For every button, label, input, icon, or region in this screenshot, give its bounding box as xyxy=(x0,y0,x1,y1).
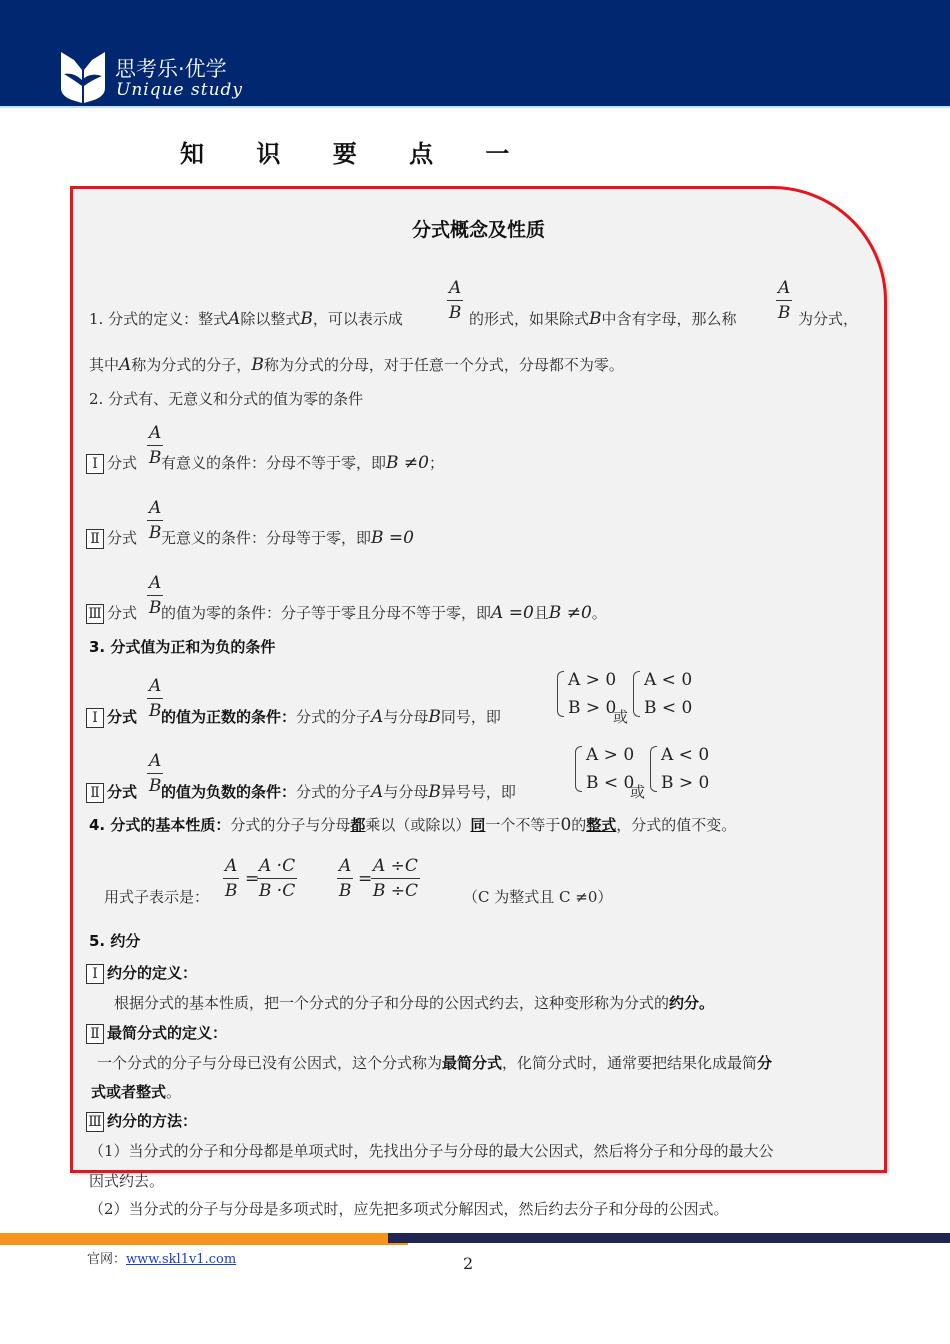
denominator: B ÷C xyxy=(373,879,418,901)
numerator: A xyxy=(147,676,163,699)
numerator: A xyxy=(447,278,463,301)
text: 与分母 xyxy=(383,708,428,726)
item5-heading: 5. 约分 xyxy=(89,931,140,951)
numerator: A xyxy=(223,856,239,879)
math-A: A xyxy=(119,355,131,375)
text: 分式 xyxy=(107,708,137,726)
math-expression: B ≠0 xyxy=(549,603,592,623)
case-line: A < 0 xyxy=(661,741,709,769)
underlined-text: 整式 xyxy=(586,816,616,834)
math-A: A xyxy=(371,707,383,727)
or-text: 或 xyxy=(630,782,645,802)
text: 根据分式的基本性质，把一个分式的分子和分母的公因式约去，这种变形称为分式的 xyxy=(114,994,669,1012)
text: 一个不等于 xyxy=(485,816,560,834)
text: 分式的分子 xyxy=(296,708,371,726)
text: 称为分式的分子， xyxy=(131,356,251,374)
method-1-line-1: （1）当分式的分子和分母都是单项式时，先找出分子与分母的最大公因式，然后将分子和… xyxy=(89,1141,774,1161)
item5-sub2-text: 一个分式的分子与分母已没有公因式，这个分式称为最简分式，化简分式时，通常要把结果… xyxy=(97,1053,772,1073)
numerator: A xyxy=(147,498,163,521)
text: 乘以（或除以） xyxy=(365,816,470,834)
math-zero: 0 xyxy=(560,815,571,835)
text: 约分。 xyxy=(669,994,714,1012)
text: 约分的方法： xyxy=(107,1112,197,1130)
math-expression: B ≠0 xyxy=(386,453,429,473)
logo-chinese-name: 思考乐·优学 xyxy=(115,53,227,83)
page-header: 思考乐·优学 Unique study xyxy=(0,0,950,108)
text: 分式 xyxy=(107,529,137,547)
text: 的 xyxy=(571,816,586,834)
item4-statement: 4. 分式的基本性质：分式的分子与分母都乘以（或除以）同一个不等于0的整式，分式… xyxy=(89,815,736,835)
item2-heading: 2. 分式有、无意义和分式的值为零的条件 xyxy=(89,389,363,409)
footer-bar-navy xyxy=(388,1233,950,1243)
or-text: 或 xyxy=(613,707,628,727)
text: 的形式，如果除式 xyxy=(469,310,589,328)
text: 分式 xyxy=(107,604,137,622)
numerator: A ÷C xyxy=(371,856,420,879)
brace-icon xyxy=(557,671,564,717)
roman-numeral-badge: Ⅰ xyxy=(86,454,104,474)
math-B: B xyxy=(251,355,264,375)
knowledge-box: 分式概念及性质 1. 分式的定义：整式A除以整式B，可以表示成 A B 的形式，… xyxy=(70,186,887,1173)
math-A: A xyxy=(371,782,383,802)
case-system-negative-1: A > 0B < 0 xyxy=(575,741,634,797)
text: 有意义的条件：分母不等于零，即 xyxy=(161,454,386,472)
case-line: B > 0 xyxy=(661,769,709,797)
definition-line-1c: 为分式， xyxy=(798,309,858,329)
text: 分式 xyxy=(107,454,137,472)
text: 一个分式的分子与分母已没有公因式，这个分式称为 xyxy=(97,1054,442,1072)
roman-numeral-badge: Ⅰ xyxy=(86,708,104,728)
text: 的值为零的条件：分子等于零且分母不等于零，即 xyxy=(161,604,491,622)
text: ，化简分式时，通常要把结果化成最简 xyxy=(502,1054,757,1072)
formula-1-lhs: A B xyxy=(223,856,239,901)
math-B: B xyxy=(300,309,313,329)
method-1-line-2: 因式约去。 xyxy=(89,1170,164,1191)
brace-icon xyxy=(633,671,640,717)
box-title: 分式概念及性质 xyxy=(73,215,884,242)
item3-row-1: Ⅰ分式的值为正数的条件：分式的分子A与分母B同号，即 xyxy=(86,707,501,728)
text: 的值为正数的条件： xyxy=(161,708,296,726)
section-heading: 知 识 要 点 一 xyxy=(180,134,531,169)
site-label: 官网： xyxy=(87,1252,126,1267)
text: 分式 xyxy=(107,783,137,801)
text: 1. 分式的定义：整式 xyxy=(89,310,228,328)
denominator: B xyxy=(778,301,791,323)
text: 分 xyxy=(757,1054,772,1072)
text: 约分的定义： xyxy=(107,964,197,982)
case-line: A > 0 xyxy=(568,666,616,694)
denominator: B xyxy=(449,301,462,323)
text: 除以整式 xyxy=(240,310,300,328)
brace-icon xyxy=(575,746,582,792)
definition-line-1b: 的形式，如果除式B中含有字母，那么称 xyxy=(469,309,737,329)
numerator: A xyxy=(147,573,163,596)
denominator: B xyxy=(225,879,238,901)
text: ，分式的值不变。 xyxy=(616,816,736,834)
roman-numeral-badge: Ⅱ xyxy=(86,1024,104,1044)
denominator: B xyxy=(339,879,352,901)
site-link[interactable]: www.skl1v1.com xyxy=(126,1252,236,1267)
text: 与分母 xyxy=(383,783,428,801)
text: 式或者整式 xyxy=(91,1083,166,1101)
fraction-A-over-B: A B xyxy=(447,278,463,323)
text: 的值为负数的条件： xyxy=(161,783,296,801)
case-system-positive-1: A > 0B > 0 xyxy=(557,666,616,722)
math-expression: A =0 xyxy=(491,603,534,623)
case-line: B < 0 xyxy=(644,694,692,722)
formula-label: 用式子表示是： xyxy=(104,887,209,907)
text: 其中 xyxy=(89,356,119,374)
definition-line-2: 其中A称为分式的分子，B称为分式的分母，对于任意一个分式，分母都不为零。 xyxy=(89,355,624,375)
text: 。 xyxy=(592,604,607,622)
formula-2-lhs: A B xyxy=(337,856,353,901)
text: 同号，即 xyxy=(441,708,501,726)
numerator: A ·C xyxy=(257,856,297,879)
fraction-A-over-B: A B xyxy=(776,278,792,323)
item2-row-1: Ⅰ分式有意义的条件：分母不等于零，即B ≠0； xyxy=(86,453,444,474)
item3-heading: 3. 分式值为正和为负的条件 xyxy=(89,637,275,657)
roman-numeral-badge: Ⅲ xyxy=(86,604,104,624)
item5-sub1-text: 根据分式的基本性质，把一个分式的分子和分母的公因式约去，这种变形称为分式的约分。 xyxy=(114,993,714,1013)
math-B: B xyxy=(589,309,602,329)
footer-bar-orange xyxy=(0,1233,408,1245)
math-A: A xyxy=(228,309,240,329)
formula-note: （C 为整式且 C ≠0） xyxy=(463,887,612,907)
case-line: A > 0 xyxy=(586,741,634,769)
case-line: B < 0 xyxy=(586,769,634,797)
text: 中含有字母，那么称 xyxy=(602,310,737,328)
footer-website: 官网：www.skl1v1.com xyxy=(87,1248,236,1267)
logo-english-name: Unique study xyxy=(116,80,243,100)
item5-sub2-text-line2: 式或者整式。 xyxy=(91,1082,181,1102)
definition-line-1: 1. 分式的定义：整式A除以整式B，可以表示成 xyxy=(89,309,403,329)
case-system-positive-2: A < 0B < 0 xyxy=(633,666,692,722)
text: 。 xyxy=(166,1083,181,1101)
book-leaf-logo-icon xyxy=(60,50,106,104)
brace-icon xyxy=(650,746,657,792)
text: 分式的分子与分母 xyxy=(230,816,350,834)
roman-numeral-badge: Ⅲ xyxy=(86,1112,104,1132)
text: 4. 分式的基本性质： xyxy=(89,816,230,834)
text: 且 xyxy=(534,604,549,622)
case-line: A < 0 xyxy=(644,666,692,694)
item5-sub3-title: Ⅲ约分的方法： xyxy=(86,1111,197,1132)
text: 最简分式 xyxy=(442,1054,502,1072)
item5-sub2-title: Ⅱ最简分式的定义： xyxy=(86,1023,227,1044)
item2-row-2: Ⅱ分式无意义的条件：分母等于零，即B =0 xyxy=(86,528,414,549)
formula-1-rhs: A ·C B ·C xyxy=(257,856,297,901)
numerator: A xyxy=(147,751,163,774)
text: 无意义的条件：分母等于零，即 xyxy=(161,529,371,547)
numerator: A xyxy=(337,856,353,879)
underlined-text: 都 xyxy=(350,816,365,834)
roman-numeral-badge: Ⅰ xyxy=(86,964,104,984)
numerator: A xyxy=(776,278,792,301)
roman-numeral-badge: Ⅱ xyxy=(86,529,104,549)
text: 异号号，即 xyxy=(441,783,516,801)
text: 最简分式的定义： xyxy=(107,1024,227,1042)
case-line: B > 0 xyxy=(568,694,616,722)
denominator: B ·C xyxy=(259,879,295,901)
roman-numeral-badge: Ⅱ xyxy=(86,783,104,803)
underlined-text: 同 xyxy=(470,816,485,834)
math-expression: B =0 xyxy=(371,528,414,548)
text: 称为分式的分母，对于任意一个分式，分母都不为零。 xyxy=(264,356,624,374)
text: 分式的分子 xyxy=(296,783,371,801)
math-B: B xyxy=(428,782,441,802)
text: ； xyxy=(429,454,444,472)
method-2: （2）当分式的分子与分母是多项式时，应先把多项式分解因式，然后约去分子和分母的公… xyxy=(89,1198,729,1219)
numerator: A xyxy=(147,423,163,446)
item3-row-2: Ⅱ分式的值为负数的条件：分式的分子A与分母B异号号，即 xyxy=(86,782,516,803)
item2-row-3: Ⅲ分式的值为零的条件：分子等于零且分母不等于零，即A =0且B ≠0。 xyxy=(86,603,607,624)
case-system-negative-2: A < 0B > 0 xyxy=(650,741,709,797)
page-number: 2 xyxy=(463,1254,473,1273)
formula-2-rhs: A ÷C B ÷C xyxy=(371,856,420,901)
math-B: B xyxy=(428,707,441,727)
item5-sub1-title: Ⅰ约分的定义： xyxy=(86,963,197,984)
text: ，可以表示成 xyxy=(313,310,403,328)
